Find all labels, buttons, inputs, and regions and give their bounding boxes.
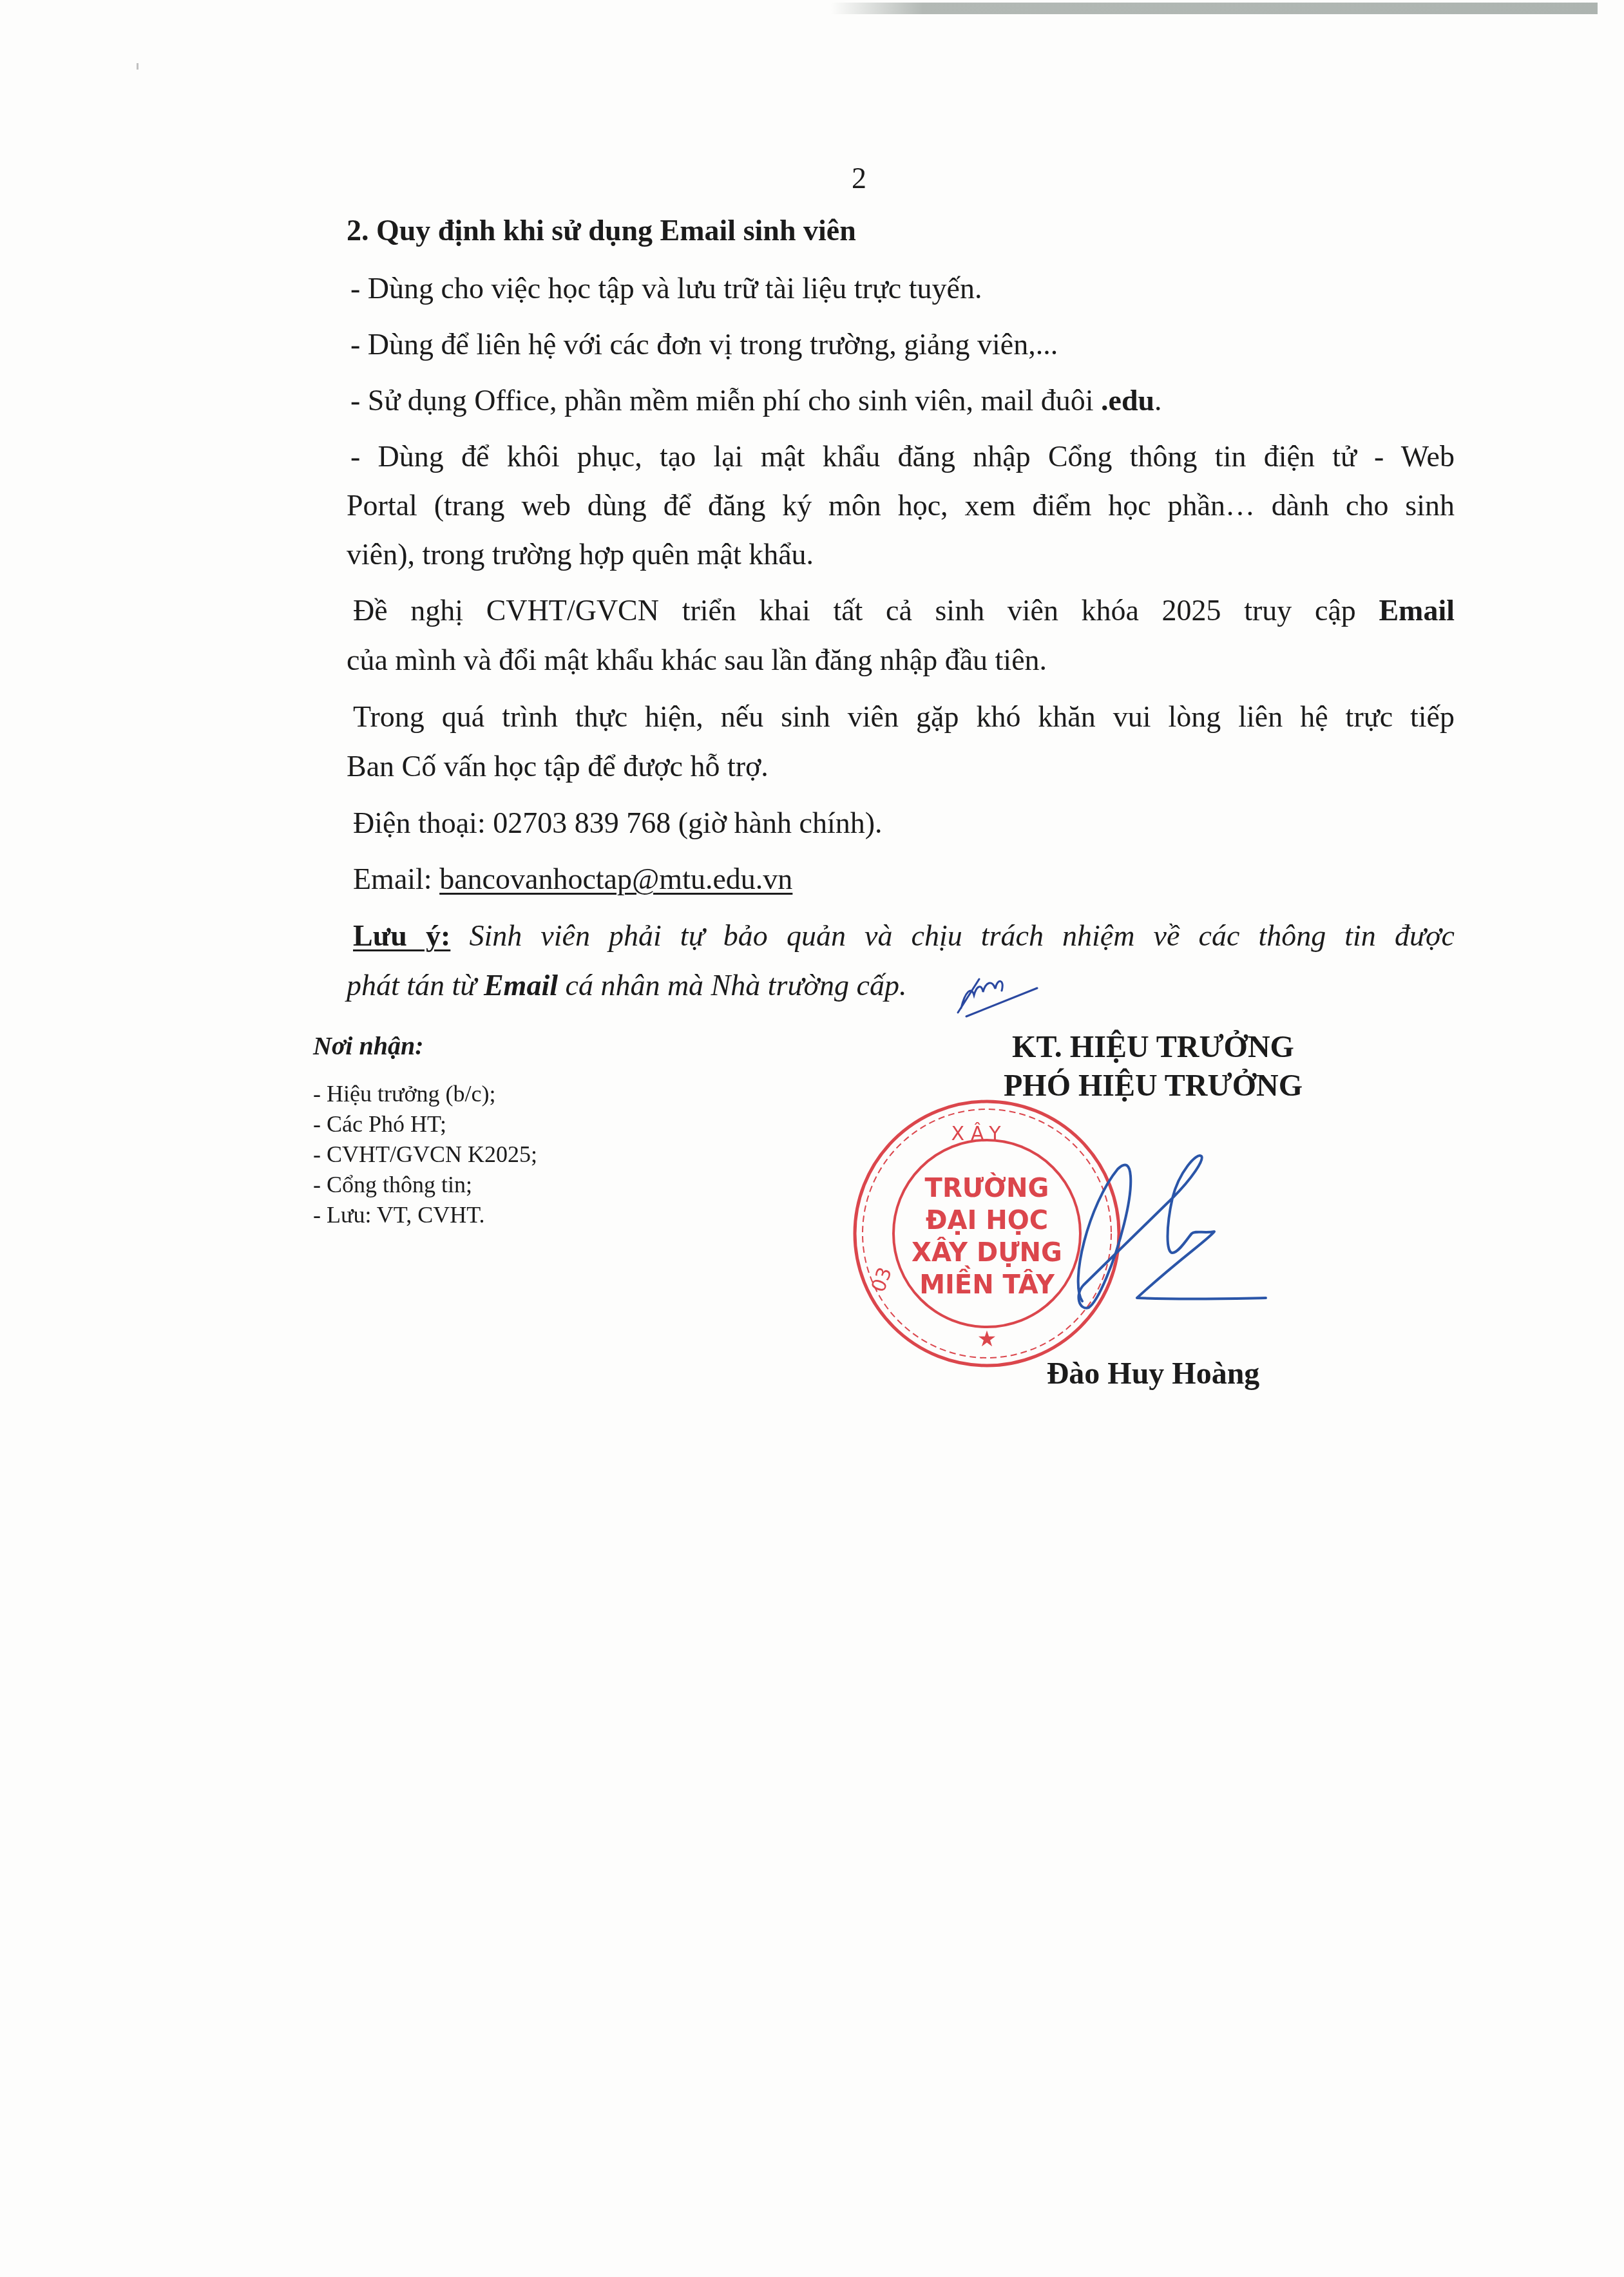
star-icon: ★ — [977, 1326, 997, 1352]
stamp-text: TRƯỜNG — [925, 1172, 1049, 1203]
initials-mark — [958, 979, 1037, 1016]
stamp-text: MIỀN TÂY — [919, 1265, 1055, 1300]
stamp-ring-text: 03 — [867, 1264, 897, 1295]
stamp-text: ĐẠI HỌC — [926, 1206, 1048, 1235]
signer-name: Đào Huy Hoàng — [966, 1356, 1340, 1391]
stamp-text: XÂY DỰNG — [912, 1237, 1062, 1268]
official-stamp: TRƯỜNG ĐẠI HỌC XÂY DỰNG MIỀN TÂY XÂY 03 … — [855, 1101, 1119, 1366]
stamp-and-signature-layer: TRƯỜNG ĐẠI HỌC XÂY DỰNG MIỀN TÂY XÂY 03 … — [0, 0, 1624, 2277]
stamp-ring-text: XÂY — [951, 1122, 1007, 1145]
